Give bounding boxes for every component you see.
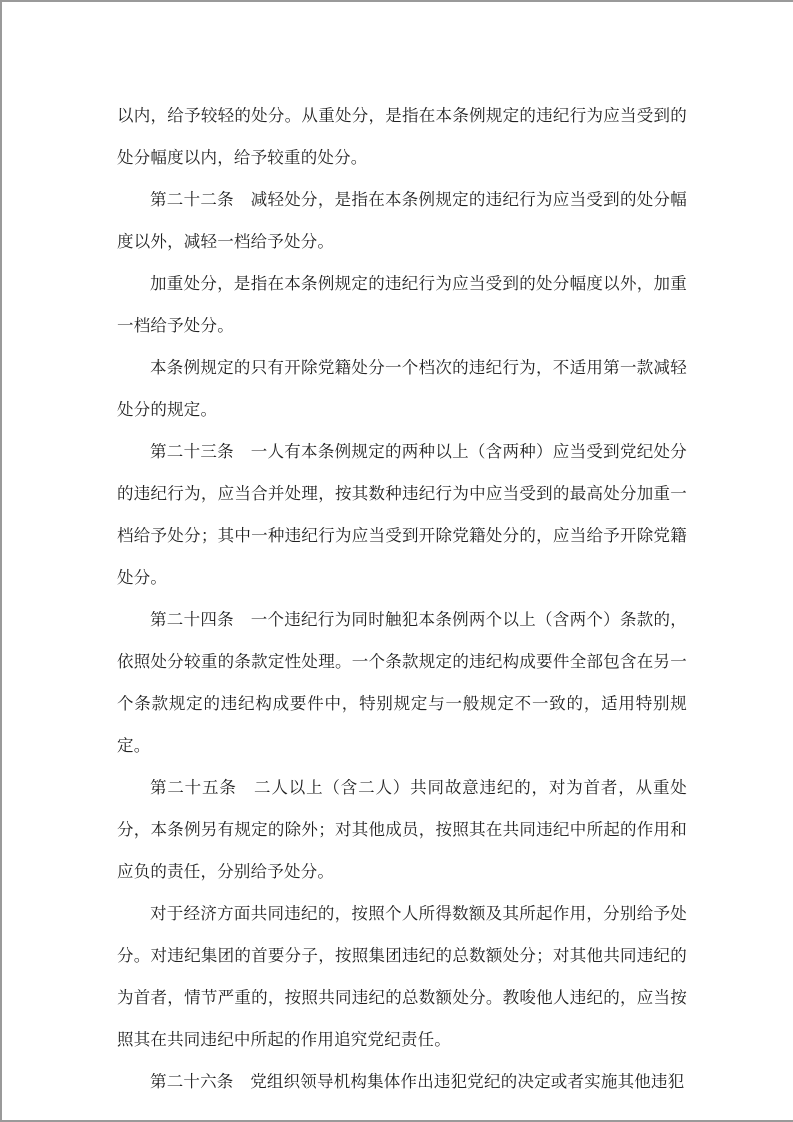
paragraph: 对于经济方面共同违纪的，按照个人所得数额及其所起作用，分别给予处分。对违纪集团的… bbox=[117, 893, 687, 1061]
document-body: 以内，给予较轻的处分。从重处分，是指在本条例规定的违纪行为应当受到的处分幅度以内… bbox=[2, 2, 793, 1103]
paragraph: 第二十六条 党组织领导机构集体作出违犯党纪的决定或者实施其他违犯 bbox=[117, 1061, 687, 1103]
paragraph: 第二十三条 一人有本条例规定的两种以上（含两种）应当受到党纪处分的违纪行为，应当… bbox=[117, 431, 687, 599]
paragraph: 加重处分，是指在本条例规定的违纪行为应当受到的处分幅度以外，加重一档给予处分。 bbox=[117, 263, 687, 347]
paragraph: 第二十二条 减轻处分，是指在本条例规定的违纪行为应当受到的处分幅度以外，减轻一档… bbox=[117, 179, 687, 263]
paragraph: 本条例规定的只有开除党籍处分一个档次的违纪行为，不适用第一款减轻处分的规定。 bbox=[117, 347, 687, 431]
paragraph: 以内，给予较轻的处分。从重处分，是指在本条例规定的违纪行为应当受到的处分幅度以内… bbox=[117, 95, 687, 179]
document-page: 以内，给予较轻的处分。从重处分，是指在本条例规定的违纪行为应当受到的处分幅度以内… bbox=[0, 0, 793, 1122]
paragraph: 第二十五条 二人以上（含二人）共同故意违纪的，对为首者，从重处分，本条例另有规定… bbox=[117, 767, 687, 893]
paragraph: 第二十四条 一个违纪行为同时触犯本条例两个以上（含两个）条款的，依照处分较重的条… bbox=[117, 599, 687, 767]
